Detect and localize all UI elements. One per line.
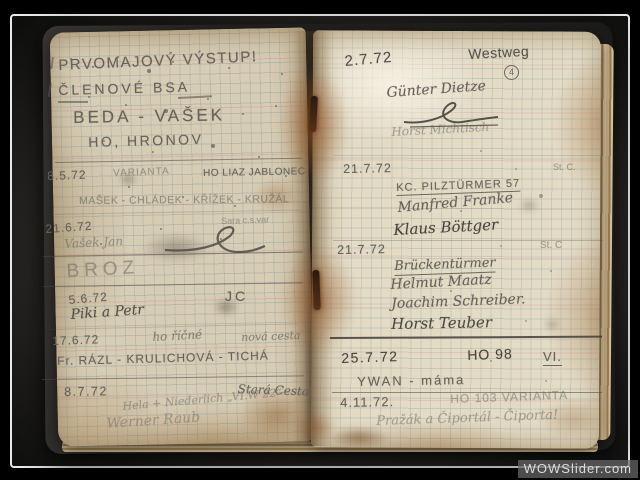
climber-names: BEDA - VAŠEK bbox=[73, 105, 225, 128]
notebook-photo: PRVOMAJOVÝ VÝSTUP! ČLENOVÉ BSA BEDA - VA… bbox=[0, 0, 640, 480]
stain bbox=[518, 198, 540, 213]
area-note: St. C. bbox=[553, 162, 576, 172]
climber-name: BROZ bbox=[66, 257, 140, 283]
entry-club: ho říčné bbox=[152, 327, 203, 344]
area-note: St. C bbox=[540, 240, 562, 251]
entry-date: 17.6.72 bbox=[52, 332, 100, 348]
stain bbox=[543, 318, 561, 331]
entry-date: 8.7.72 bbox=[64, 384, 108, 399]
entry-note: VARIANTA bbox=[113, 166, 170, 179]
club-name: HO, HRONOV bbox=[88, 131, 204, 150]
signature-flourish bbox=[160, 222, 270, 258]
wowslider-watermark[interactable]: WOWSlider.com bbox=[518, 460, 638, 478]
stain bbox=[328, 426, 390, 450]
climber-signature: Horst Teuber bbox=[391, 313, 492, 333]
entry-club: HO LIAZ JABLONEC bbox=[203, 166, 306, 179]
climber-names: YWAN - máma bbox=[357, 372, 465, 389]
entry-date: 8.5.72 bbox=[47, 168, 87, 183]
entry-date: 4.11.72. bbox=[340, 394, 394, 410]
climber-names: MAŠEK - CHLÁDEK - KŘÍŽEK - KRUŽÁL bbox=[79, 193, 289, 207]
entry-note: nová cesta bbox=[241, 329, 301, 344]
entry-club: HO 98 bbox=[467, 345, 513, 363]
entry-date: 21.7.72 bbox=[343, 161, 392, 176]
staple bbox=[312, 270, 320, 310]
slideshow-stage: PRVOMAJOVÝ VÝSTUP! ČLENOVÉ BSA BEDA - VA… bbox=[0, 0, 640, 480]
ink-speckles bbox=[480, 150, 482, 152]
route-number-badge: 4 bbox=[504, 65, 519, 80]
entry-note: JC bbox=[225, 288, 248, 304]
header-subtitle: ČLENOVÉ BSA bbox=[58, 79, 190, 98]
entry-date: 25.7.72 bbox=[341, 348, 399, 366]
entry-date: 21.7.72 bbox=[337, 242, 386, 257]
route-name: Westweg bbox=[468, 43, 530, 62]
pencil-line bbox=[334, 155, 602, 156]
pencil-dash bbox=[58, 101, 88, 103]
pencil-line bbox=[333, 240, 603, 241]
route-grade: VI. bbox=[543, 349, 562, 366]
